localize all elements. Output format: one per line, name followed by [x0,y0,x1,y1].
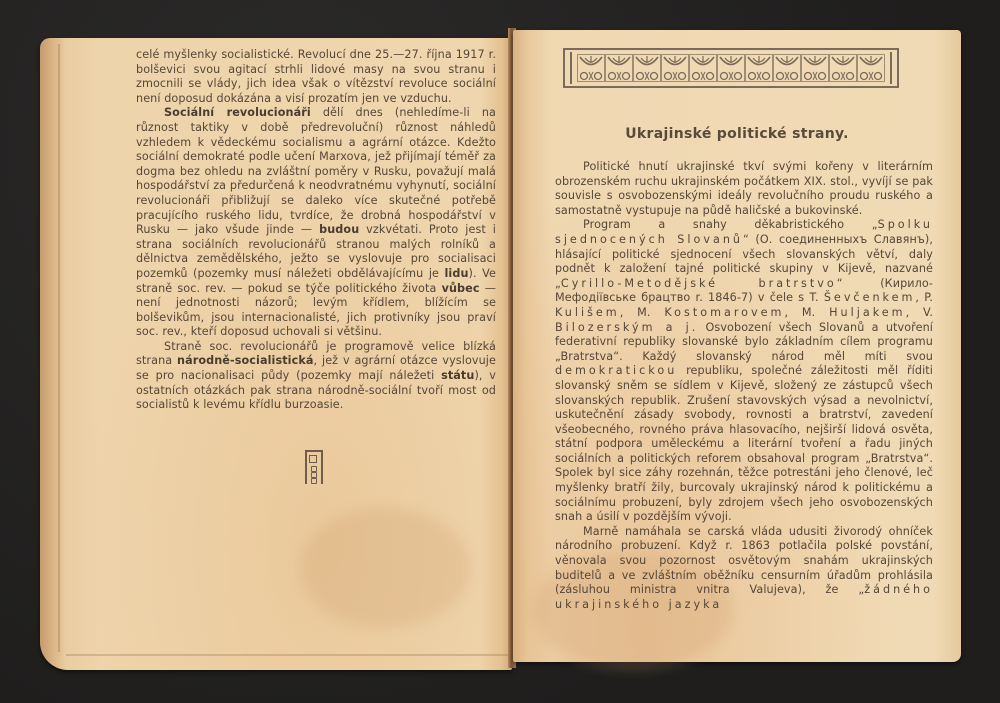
paragraph: Marně namáhala se carská vláda udusiti ž… [555,525,933,613]
right-page-text: Politické hnutí ukrajinské tkví svými ko… [555,160,933,612]
frieze-motif-icon [605,54,633,82]
frieze-motif-icon [689,54,717,82]
printer-mark-icon [305,450,323,484]
open-book: celé myšlenky socialistické. Revolucí dn… [0,0,1000,703]
frieze-motif-icon [577,54,605,82]
frieze-motif-icon [857,54,885,82]
frieze-motif-icon [773,54,801,82]
paragraph: celé myšlenky socialistické. Revolucí dn… [136,48,496,106]
left-page-text: celé myšlenky socialistické. Revolucí dn… [136,48,496,413]
frieze-motif-icon [801,54,829,82]
frieze-motif-icon [717,54,745,82]
left-page: celé myšlenky socialistické. Revolucí dn… [40,38,512,670]
page-stack-edge [58,44,60,652]
frieze-motif-icon [829,54,857,82]
paragraph: Sociální revolucionáři dělí dnes (nehled… [136,106,496,340]
paragraph: Straně soc. revolucionářů je programově … [136,340,496,413]
chapter-title: Ukrajinské politické strany. [513,126,961,142]
frieze-motif-icon [633,54,661,82]
right-page: Ukrajinské politické strany. Politické h… [513,30,961,662]
paragraph: Program a snahy děkabristického „Spolku … [555,218,933,524]
paragraph: Politické hnutí ukrajinské tkví svými ko… [555,160,933,218]
frieze-motif-icon [745,54,773,82]
frieze-motif-icon [661,54,689,82]
page-stack-bottom-edge [66,654,512,656]
floral-frieze-icon [563,48,899,88]
paper-stain [300,508,470,628]
